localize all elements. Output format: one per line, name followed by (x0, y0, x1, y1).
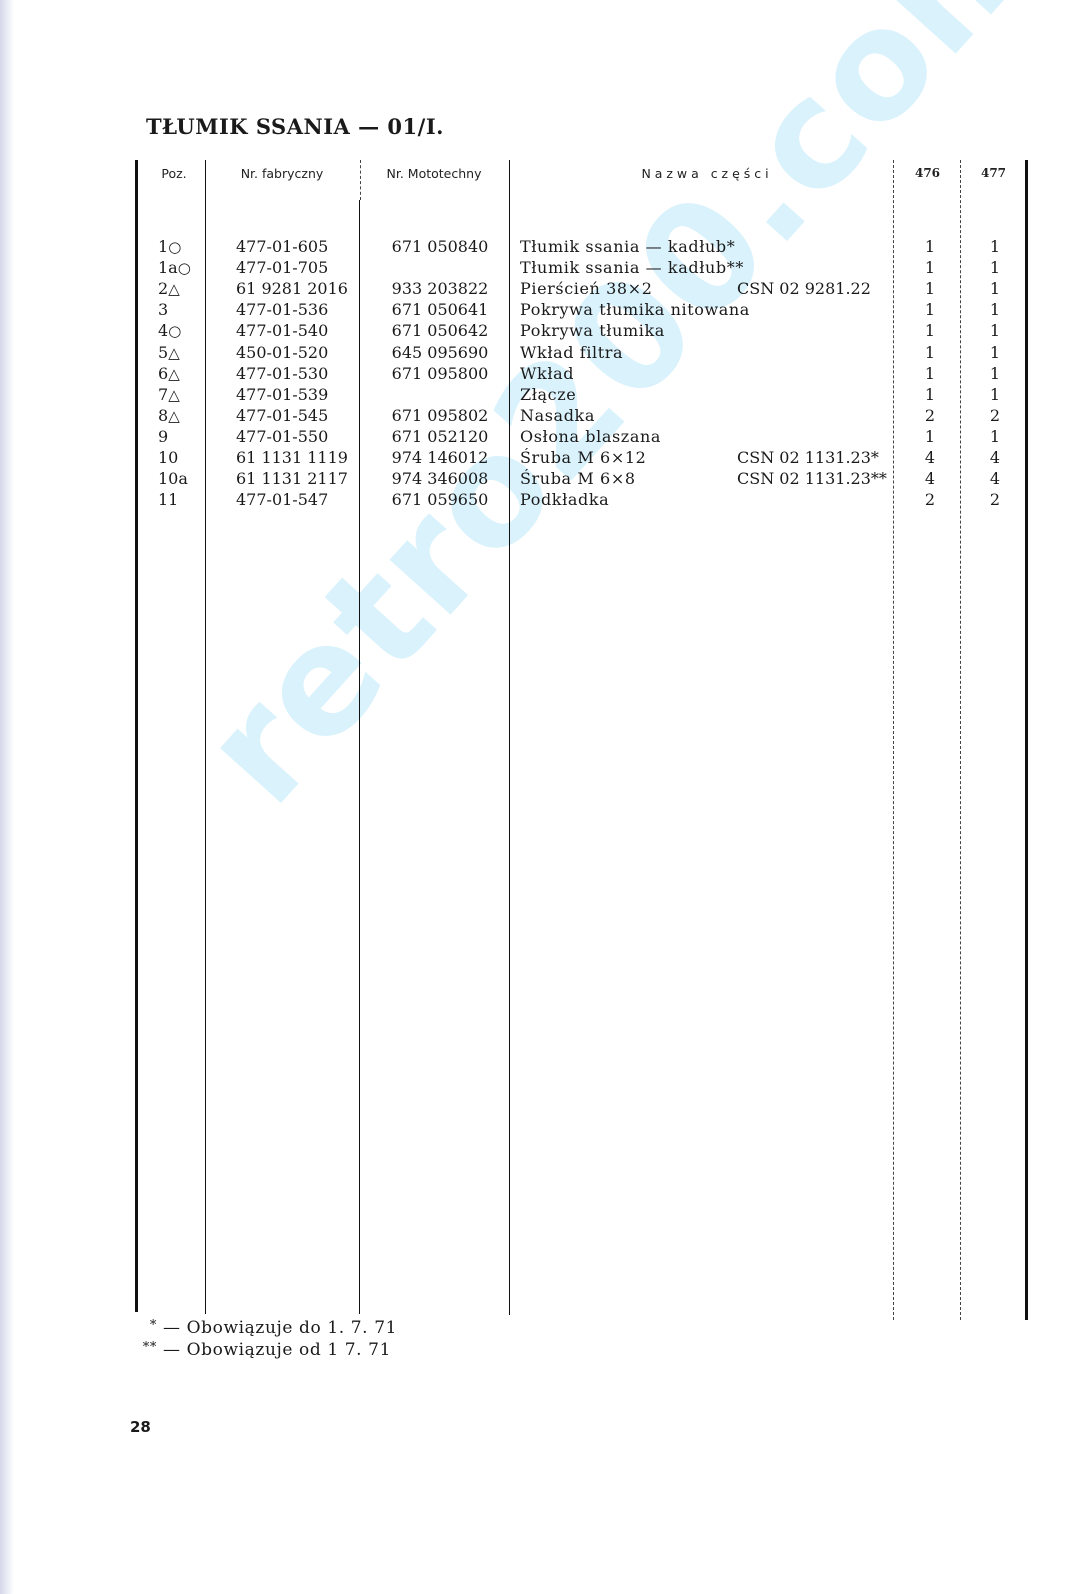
quantity-476: 1 (920, 320, 940, 341)
triangle-marker-icon: △ (168, 344, 180, 362)
footnote-symbol: * (135, 1318, 157, 1333)
position-number: 11 (158, 489, 208, 511)
quantity-476: 4 (920, 447, 940, 468)
quantity-476: 1 (920, 257, 940, 278)
triangle-marker-icon: △ (168, 280, 180, 298)
quantity-477: 1 (985, 384, 1005, 405)
position-number-text: 11 (158, 490, 178, 509)
table-row: 9477-01-550671 052120Osłona blaszana11 (0, 426, 1080, 447)
quantity-476: 2 (920, 489, 940, 510)
quantity-477: 1 (985, 320, 1005, 341)
triangle-marker-icon: △ (168, 407, 180, 425)
factory-number: 61 9281 2016 (236, 278, 348, 299)
mototechna-number: 671 050641 (385, 299, 495, 320)
position-number-text: 9 (158, 427, 168, 446)
position-number-text: 1a (158, 258, 178, 277)
table-row: 1a○477-01-705Tłumik ssania — kadłub**11 (0, 257, 1080, 278)
mototechna-number: 933 203822 (385, 278, 495, 299)
factory-number: 61 1131 2117 (236, 468, 348, 489)
table-row: 1061 1131 1119974 146012Śruba M 6×12CSN … (0, 447, 1080, 468)
footnote-text: — Obowiązuje od 1 7. 71 (163, 1340, 391, 1360)
quantity-477: 4 (985, 468, 1005, 489)
standard-number: CSN 02 1131.23* (737, 447, 879, 468)
position-number: 10 (158, 447, 208, 469)
circle-marker-icon: ○ (178, 259, 191, 277)
position-number: 2△ (158, 278, 208, 300)
factory-number: 477-01-605 (236, 236, 328, 257)
header-476: 476 (900, 166, 955, 180)
quantity-477: 2 (985, 405, 1005, 426)
mototechna-number: 671 050840 (385, 236, 495, 257)
position-number: 5△ (158, 342, 208, 364)
position-number: 4○ (158, 320, 208, 342)
quantity-476: 1 (920, 299, 940, 320)
quantity-477: 1 (985, 236, 1005, 257)
table-row: 2△61 9281 2016933 203822Pierścień 38×2CS… (0, 278, 1080, 299)
factory-number: 477-01-545 (236, 405, 328, 426)
position-number-text: 4 (158, 321, 168, 340)
mototechna-number: 645 095690 (385, 342, 495, 363)
mototechna-number: 671 095800 (385, 363, 495, 384)
column-divider (360, 160, 361, 200)
table-row: 7△477-01-539Złącze11 (0, 384, 1080, 405)
position-number: 7△ (158, 384, 208, 406)
position-number-text: 5 (158, 343, 168, 362)
footnote-symbol: ** (135, 1340, 157, 1355)
triangle-marker-icon: △ (168, 365, 180, 383)
factory-number: 477-01-550 (236, 426, 328, 447)
part-name: Wkład filtra (520, 342, 623, 363)
quantity-477: 1 (985, 426, 1005, 447)
mototechna-number: 671 095802 (385, 405, 495, 426)
factory-number: 477-01-539 (236, 384, 328, 405)
part-name: Śruba M 6×8 (520, 468, 636, 489)
triangle-marker-icon: △ (168, 386, 180, 404)
part-name: Pierścień 38×2 (520, 278, 653, 299)
quantity-476: 1 (920, 384, 940, 405)
table-row: 10a61 1131 2117974 346008Śruba M 6×8CSN … (0, 468, 1080, 489)
table-row: 4○477-01-540671 050642Pokrywa tłumika11 (0, 320, 1080, 341)
quantity-476: 2 (920, 405, 940, 426)
position-number: 10a (158, 468, 208, 490)
part-name: Złącze (520, 384, 576, 405)
position-number-text: 10a (158, 469, 188, 488)
position-number-text: 8 (158, 406, 168, 425)
part-name: Śruba M 6×12 (520, 447, 646, 468)
page-title: TŁUMIK SSANIA — 01/I. (146, 114, 444, 139)
quantity-477: 1 (985, 342, 1005, 363)
header-poz: Poz. (150, 166, 198, 181)
quantity-476: 1 (920, 426, 940, 447)
mototechna-number: 671 059650 (385, 489, 495, 510)
header-nazwa: N a z w a c z ę ś c i (520, 166, 890, 181)
factory-number: 61 1131 1119 (236, 447, 348, 468)
mototechna-number: 671 050642 (385, 320, 495, 341)
circle-marker-icon: ○ (168, 238, 181, 256)
part-name: Tłumik ssania — kadłub* (520, 236, 735, 257)
position-number-text: 3 (158, 300, 168, 319)
footnote-text: — Obowiązuje do 1. 7. 71 (163, 1318, 397, 1338)
table-row: 5△450-01-520645 095690Wkład filtra11 (0, 342, 1080, 363)
factory-number: 477-01-705 (236, 257, 328, 278)
header-nr-mototechny: Nr. Mototechny (364, 166, 504, 181)
quantity-476: 4 (920, 468, 940, 489)
factory-number: 477-01-547 (236, 489, 328, 510)
position-number-text: 1 (158, 237, 168, 256)
quantity-476: 1 (920, 278, 940, 299)
mototechna-number: 974 146012 (385, 447, 495, 468)
position-number: 3 (158, 299, 208, 321)
table-row: 11477-01-547671 059650Podkładka22 (0, 489, 1080, 510)
part-name: Osłona blaszana (520, 426, 661, 447)
quantity-476: 1 (920, 363, 940, 384)
position-number-text: 10 (158, 448, 178, 467)
mototechna-number: 974 346008 (385, 468, 495, 489)
position-number: 1a○ (158, 257, 208, 279)
table-row: 1○477-01-605671 050840Tłumik ssania — ka… (0, 236, 1080, 257)
factory-number: 477-01-536 (236, 299, 328, 320)
factory-number: 477-01-530 (236, 363, 328, 384)
position-number-text: 2 (158, 279, 168, 298)
quantity-477: 1 (985, 363, 1005, 384)
quantity-477: 1 (985, 299, 1005, 320)
standard-number: CSN 02 1131.23** (737, 468, 887, 489)
position-number: 9 (158, 426, 208, 448)
quantity-477: 2 (985, 489, 1005, 510)
part-name: Wkład (520, 363, 574, 384)
table-row: 8△477-01-545671 095802Nasadka22 (0, 405, 1080, 426)
part-name: Pokrywa tłumika (520, 320, 665, 341)
position-number: 1○ (158, 236, 208, 258)
part-name: Pokrywa tłumika nitowana (520, 299, 750, 320)
mototechna-number: 671 052120 (385, 426, 495, 447)
table-row: 6△477-01-530671 095800Wkład11 (0, 363, 1080, 384)
position-number: 6△ (158, 363, 208, 385)
position-number: 8△ (158, 405, 208, 427)
table-row: 3477-01-536671 050641Pokrywa tłumika nit… (0, 299, 1080, 320)
footnote-2: **— Obowiązuje od 1 7. 71 (135, 1340, 391, 1360)
quantity-477: 1 (985, 278, 1005, 299)
part-name: Nasadka (520, 405, 595, 426)
header-477: 477 (966, 166, 1021, 180)
quantity-477: 4 (985, 447, 1005, 468)
header-nr-fabryczny: Nr. fabryczny (212, 166, 352, 181)
quantity-477: 1 (985, 257, 1005, 278)
quantity-476: 1 (920, 342, 940, 363)
part-name: Podkładka (520, 489, 609, 510)
standard-number: CSN 02 9281.22 (737, 278, 871, 299)
position-number-text: 7 (158, 385, 168, 404)
quantity-476: 1 (920, 236, 940, 257)
circle-marker-icon: ○ (168, 322, 181, 340)
factory-number: 477-01-540 (236, 320, 328, 341)
part-name: Tłumik ssania — kadłub** (520, 257, 744, 278)
position-number-text: 6 (158, 364, 168, 383)
factory-number: 450-01-520 (236, 342, 328, 363)
page-number: 28 (130, 1418, 151, 1436)
footnote-1: *— Obowiązuje do 1. 7. 71 (135, 1318, 397, 1338)
